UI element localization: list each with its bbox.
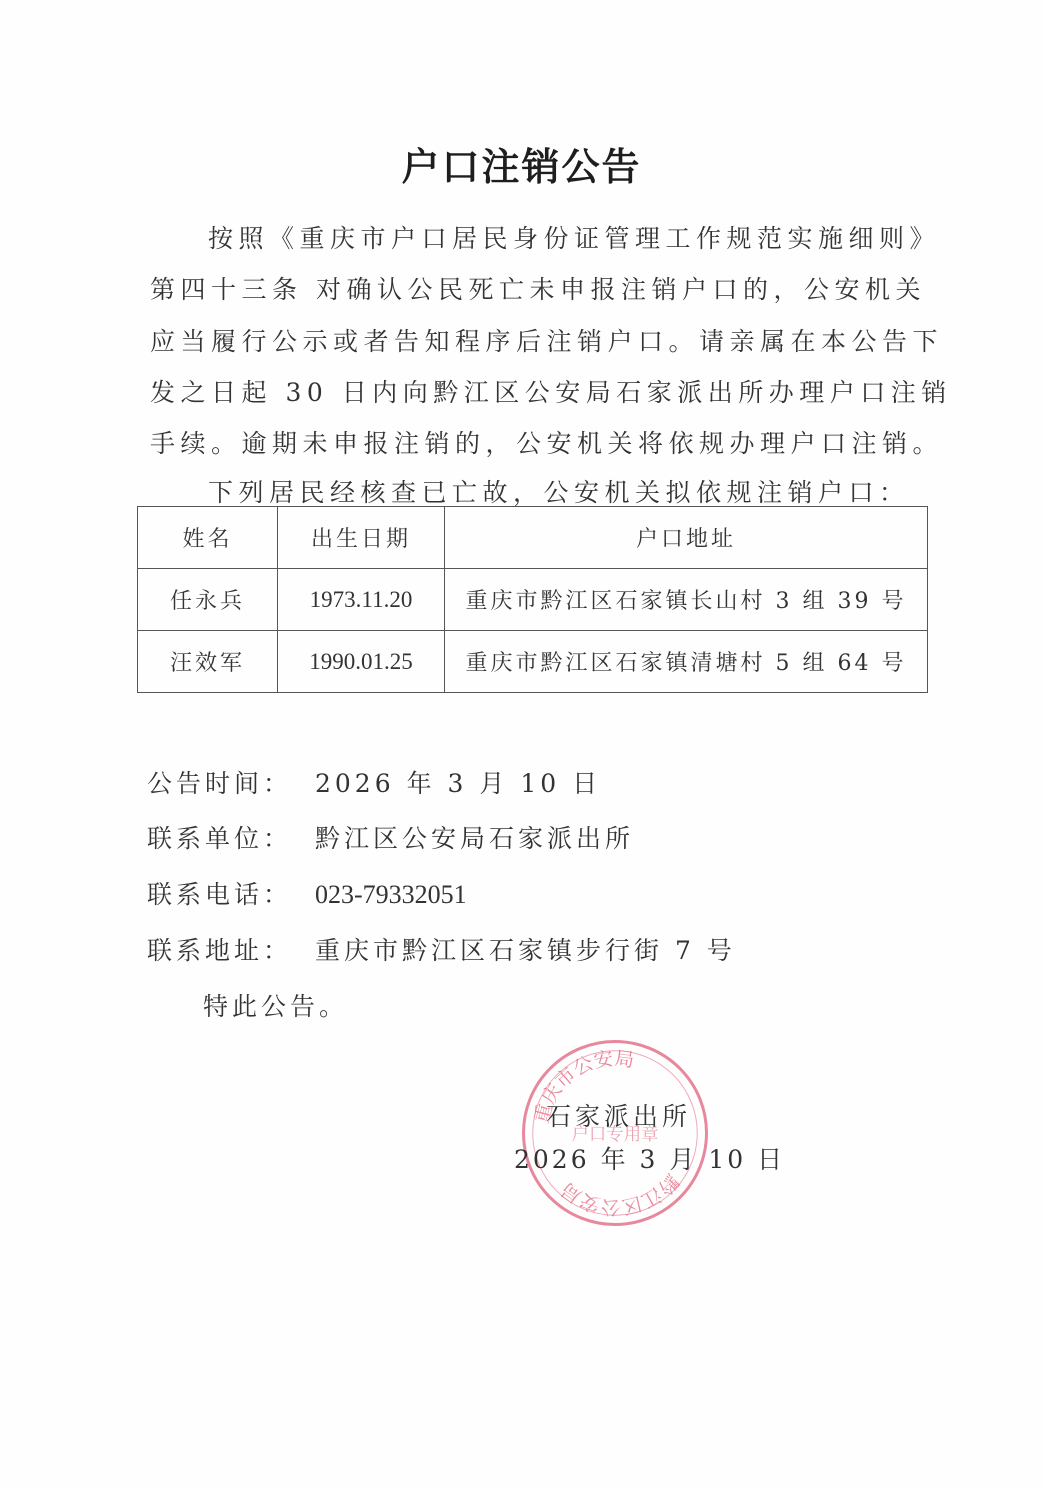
signoff-date: 2026 年 3 月 10 日: [514, 1140, 785, 1176]
info-announce-date: 公告时间：2026 年 3 月 10 日: [147, 764, 601, 800]
info-contact-unit: 联系单位：黔江区公安局石家派出所: [147, 819, 634, 855]
table-row: 任永兵 1973.11.20 重庆市黔江区石家镇长山村 3 组 39 号: [138, 569, 928, 631]
table-row: 汪效军 1990.01.25 重庆市黔江区石家镇清塘村 5 组 64 号: [138, 631, 928, 693]
svg-text:黔江区公安局: 黔江区公安局: [557, 1170, 684, 1219]
info-label: 联系单位：: [147, 819, 315, 855]
cell-dob: 1990.01.25: [278, 631, 445, 693]
body-line-5: 手续。逾期未申报注销的，公安机关将依规办理户口注销。: [150, 424, 943, 460]
cell-address: 重庆市黔江区石家镇长山村 3 组 39 号: [445, 569, 928, 631]
body-line-3: 应当履行公示或者告知程序后注销户口。请亲属在本公告下: [150, 322, 943, 358]
official-seal-stamp: 重庆市公安局 黔江区公安局 户口专用章: [522, 1040, 708, 1226]
cell-address: 重庆市黔江区石家镇清塘村 5 组 64 号: [445, 631, 928, 693]
info-label: 公告时间：: [147, 764, 315, 800]
info-label: 联系地址：: [147, 931, 315, 967]
info-label: 联系电话：: [147, 875, 315, 911]
closing-statement: 特此公告。: [203, 987, 348, 1023]
header-name: 姓名: [138, 507, 278, 569]
info-value: 2026 年 3 月 10 日: [315, 764, 601, 800]
info-contact-phone: 联系电话：023-79332051: [147, 875, 467, 911]
document-title: 户口注销公告: [0, 136, 1043, 191]
body-line-2: 第四十三条 对确认公民死亡未申报注销户口的，公安机关: [150, 270, 926, 306]
info-value: 黔江区公安局石家派出所: [315, 819, 634, 855]
info-value: 023-79332051: [315, 880, 467, 910]
header-dob: 出生日期: [278, 507, 445, 569]
info-contact-address: 联系地址：重庆市黔江区石家镇步行街 7 号: [147, 931, 736, 967]
cell-dob: 1973.11.20: [278, 569, 445, 631]
cell-name: 汪效军: [138, 631, 278, 693]
body-line-4: 发之日起 30 日内向黔江区公安局石家派出所办理户口注销: [150, 373, 952, 409]
signoff-organization: 石家派出所: [546, 1097, 691, 1133]
info-value: 重庆市黔江区石家镇步行街 7 号: [315, 931, 736, 967]
list-intro: 下列居民经核查已亡故，公安机关拟依规注销户口：: [208, 473, 910, 509]
document-page: 户口注销公告 按照《重庆市户口居民身份证管理工作规范实施细则》 第四十三条 对确…: [0, 0, 1043, 1489]
seal-icon: 重庆市公安局 黔江区公安局 户口专用章: [525, 1043, 705, 1223]
header-address: 户口地址: [445, 507, 928, 569]
deceased-residents-table: 姓名 出生日期 户口地址 任永兵 1973.11.20 重庆市黔江区石家镇长山村…: [137, 506, 928, 693]
body-line-1: 按照《重庆市户口居民身份证管理工作规范实施细则》: [208, 219, 940, 255]
cell-name: 任永兵: [138, 569, 278, 631]
table-header-row: 姓名 出生日期 户口地址: [138, 507, 928, 569]
